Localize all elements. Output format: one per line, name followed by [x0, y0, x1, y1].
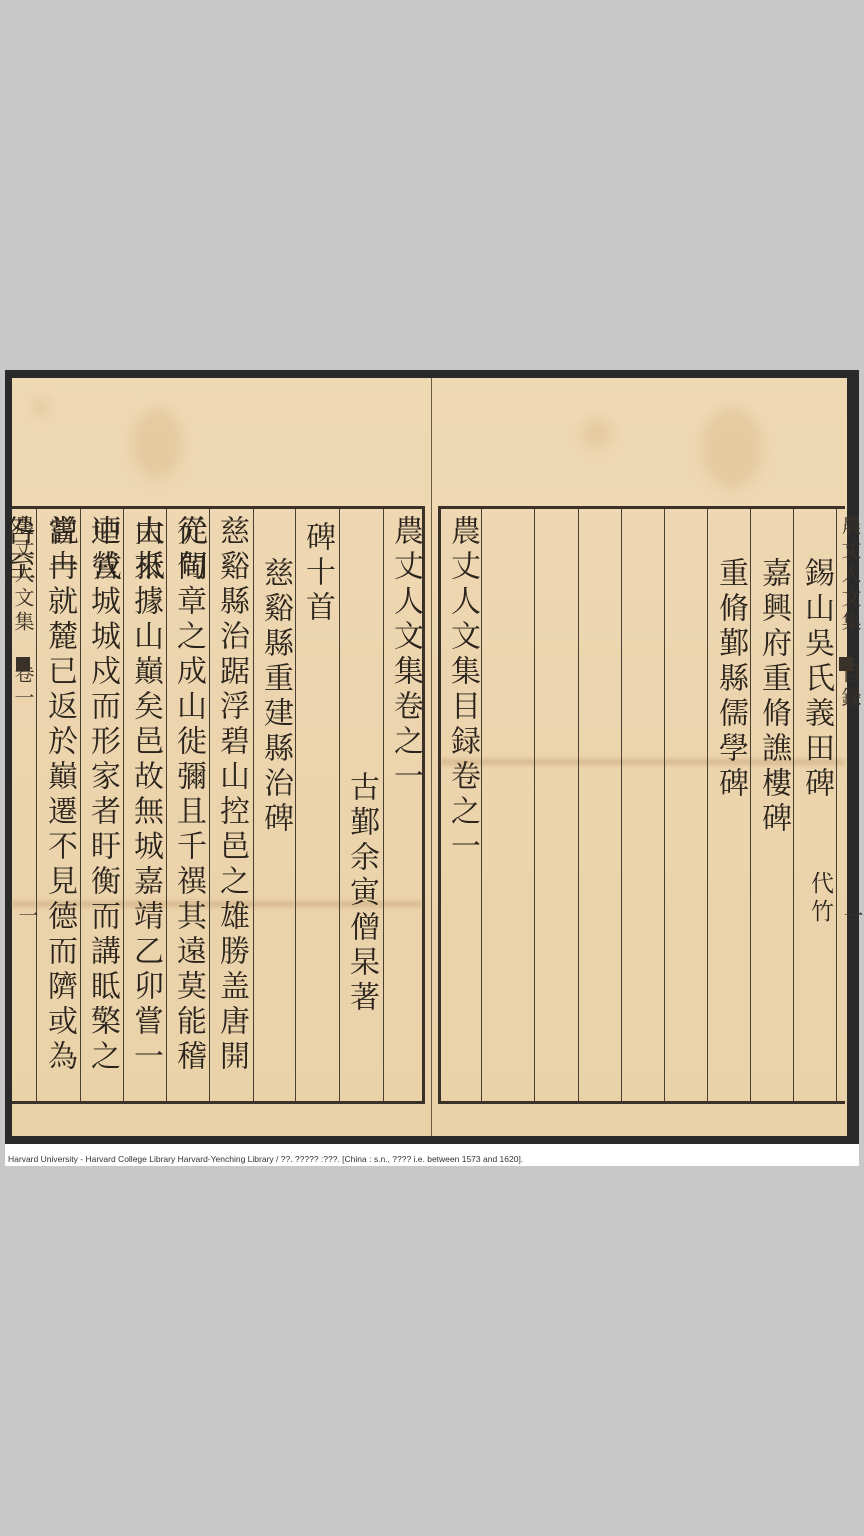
text-column: 嘗冉就麓已返於巔遷不見德而隮或為咎至	[38, 515, 80, 1101]
text-column: 迺營城城戍而形家者盱衡而講眡檠之説一	[81, 515, 123, 1101]
text-column: 由來據山巔矣邑故無城嘉靖乙卯嘗一中戎	[124, 515, 166, 1101]
contents-entry-note: 代竹	[799, 871, 841, 927]
section-heading: 慈谿縣重建縣治碑	[254, 557, 296, 837]
source-caption: Harvard University - Harvard College Lib…	[5, 1144, 859, 1166]
stain	[582, 418, 612, 448]
section-title: 碑十首	[296, 521, 338, 626]
stain	[32, 398, 50, 416]
fishtail-mark	[16, 657, 30, 671]
margin-book-title: 農丈人文集 目録	[837, 515, 864, 711]
volume-title: 農丈人文集卷之一	[384, 515, 426, 795]
fishtail-mark	[839, 657, 853, 671]
book-scan: 農丈人文集 卷一 一 嘗冉就麓已返於巔遷不見德而隮或為咎至 迺營城城戍而形家者盱…	[5, 370, 859, 1144]
margin-page-number: 一	[839, 905, 864, 929]
author-line: 古鄞余寅僧杲著	[340, 771, 382, 1016]
contents-entry: 嘉興府重脩譙樓碑	[752, 557, 794, 837]
right-page: 農丈人文集目録卷之一 重脩鄞縣儒學碑 嘉興府重脩譙樓碑 錫山吳氏義田碑 代竹 農…	[432, 378, 847, 1136]
contents-entry: 錫山吳氏義田碑	[795, 557, 837, 802]
left-text-frame: 農丈人文集 卷一 一 嘗冉就麓已返於巔遷不見德而隮或為咎至 迺營城城戍而形家者盱…	[12, 506, 425, 1104]
contents-title: 農丈人文集目録卷之一	[441, 515, 483, 865]
text-column: 慈谿縣治踞浮碧山控邑之雄勝盖唐開元間	[210, 515, 252, 1101]
contents-entry: 重脩鄞縣儒學碑	[709, 557, 751, 802]
text-column: 從句章之成山徙彌且千禩其遠莫能稽大抵	[167, 515, 209, 1101]
stain	[132, 408, 182, 478]
stain	[702, 408, 762, 488]
right-text-frame: 農丈人文集目録卷之一 重脩鄞縣儒學碑 嘉興府重脩譙樓碑 錫山吳氏義田碑 代竹 農…	[438, 506, 845, 1104]
left-page: 農丈人文集 卷一 一 嘗冉就麓已返於巔遷不見德而隮或為咎至 迺營城城戍而形家者盱…	[12, 378, 432, 1136]
